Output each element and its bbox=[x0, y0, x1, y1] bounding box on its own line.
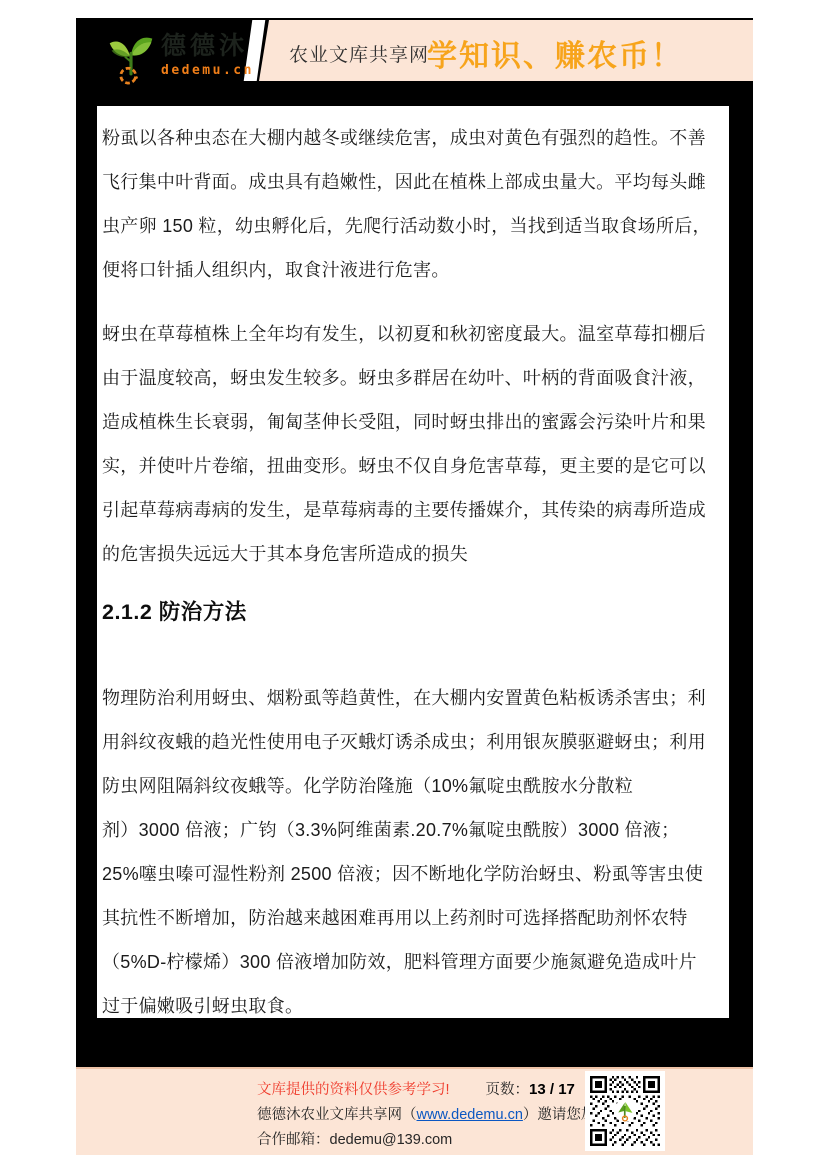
invite-prefix: 德德沐农业文库共享网（ bbox=[257, 1107, 417, 1123]
pages-label: 页数： bbox=[486, 1082, 530, 1098]
section-heading: 2.1.2 防治方法 bbox=[102, 596, 724, 628]
site-name: 农业文库共享网 bbox=[289, 40, 429, 67]
pages-value: 13 / 17 bbox=[529, 1081, 575, 1098]
site-url-link[interactable]: www.dedemu.cn bbox=[417, 1107, 523, 1123]
paragraph-whitefly: 粉虱以各种虫态在大棚内越冬或继续危害，成虫对黄色有强烈的趋性。不善 飞行集中叶背… bbox=[102, 116, 724, 292]
footer-text-block: 文库提供的资料仅供参考学习!页数：13 / 17 德德沐农业文库共享网（www.… bbox=[257, 1077, 623, 1153]
paragraph-aphid: 蚜虫在草莓植株上全年均有发生，以初夏和秋初密度最大。温室草莓扣棚后 由于温度较高… bbox=[102, 312, 724, 576]
header-band: 农业文库共享网 学知识、赚农币！ bbox=[259, 20, 753, 81]
logo-text: 德德沐 dedemu.cn bbox=[161, 30, 254, 78]
logo-domain: dedemu.cn bbox=[161, 63, 254, 78]
document-body: 粉虱以各种虫态在大棚内越冬或继续危害，成虫对黄色有强烈的趋性。不善 飞行集中叶背… bbox=[97, 106, 729, 1018]
footer-line-disclaimer: 文库提供的资料仅供参考学习!页数：13 / 17 bbox=[257, 1077, 623, 1103]
dedemu-logo: 德德沐 dedemu.cn bbox=[106, 30, 254, 93]
header-slogan: 学知识、赚农币！ bbox=[427, 31, 683, 75]
logo-title: 德德沐 bbox=[161, 30, 254, 62]
document-page: 农业文库共享网 学知识、赚农币！ 德德沐 dedemu.cn bbox=[0, 0, 827, 1169]
qr-code bbox=[585, 1071, 665, 1151]
tree-logo-icon bbox=[106, 30, 156, 93]
page-frame: 农业文库共享网 学知识、赚农币！ 德德沐 dedemu.cn bbox=[76, 18, 753, 1155]
footer-band: 文库提供的资料仅供参考学习!页数：13 / 17 德德沐农业文库共享网（www.… bbox=[76, 1067, 753, 1155]
footer-line-email: 合作邮箱：dedemu@139.com bbox=[257, 1128, 623, 1153]
footer-line-invite: 德德沐农业文库共享网（www.dedemu.cn）邀请您加入☞ bbox=[257, 1103, 623, 1128]
paragraph-control-methods: 物理防治利用蚜虫、烟粉虱等趋黄性，在大棚内安置黄色粘板诱杀害虫；利 用斜纹夜蛾的… bbox=[102, 676, 724, 1018]
disclaimer-text: 文库提供的资料仅供参考学习! bbox=[257, 1082, 450, 1098]
qr-center-logo-icon bbox=[614, 1100, 636, 1122]
